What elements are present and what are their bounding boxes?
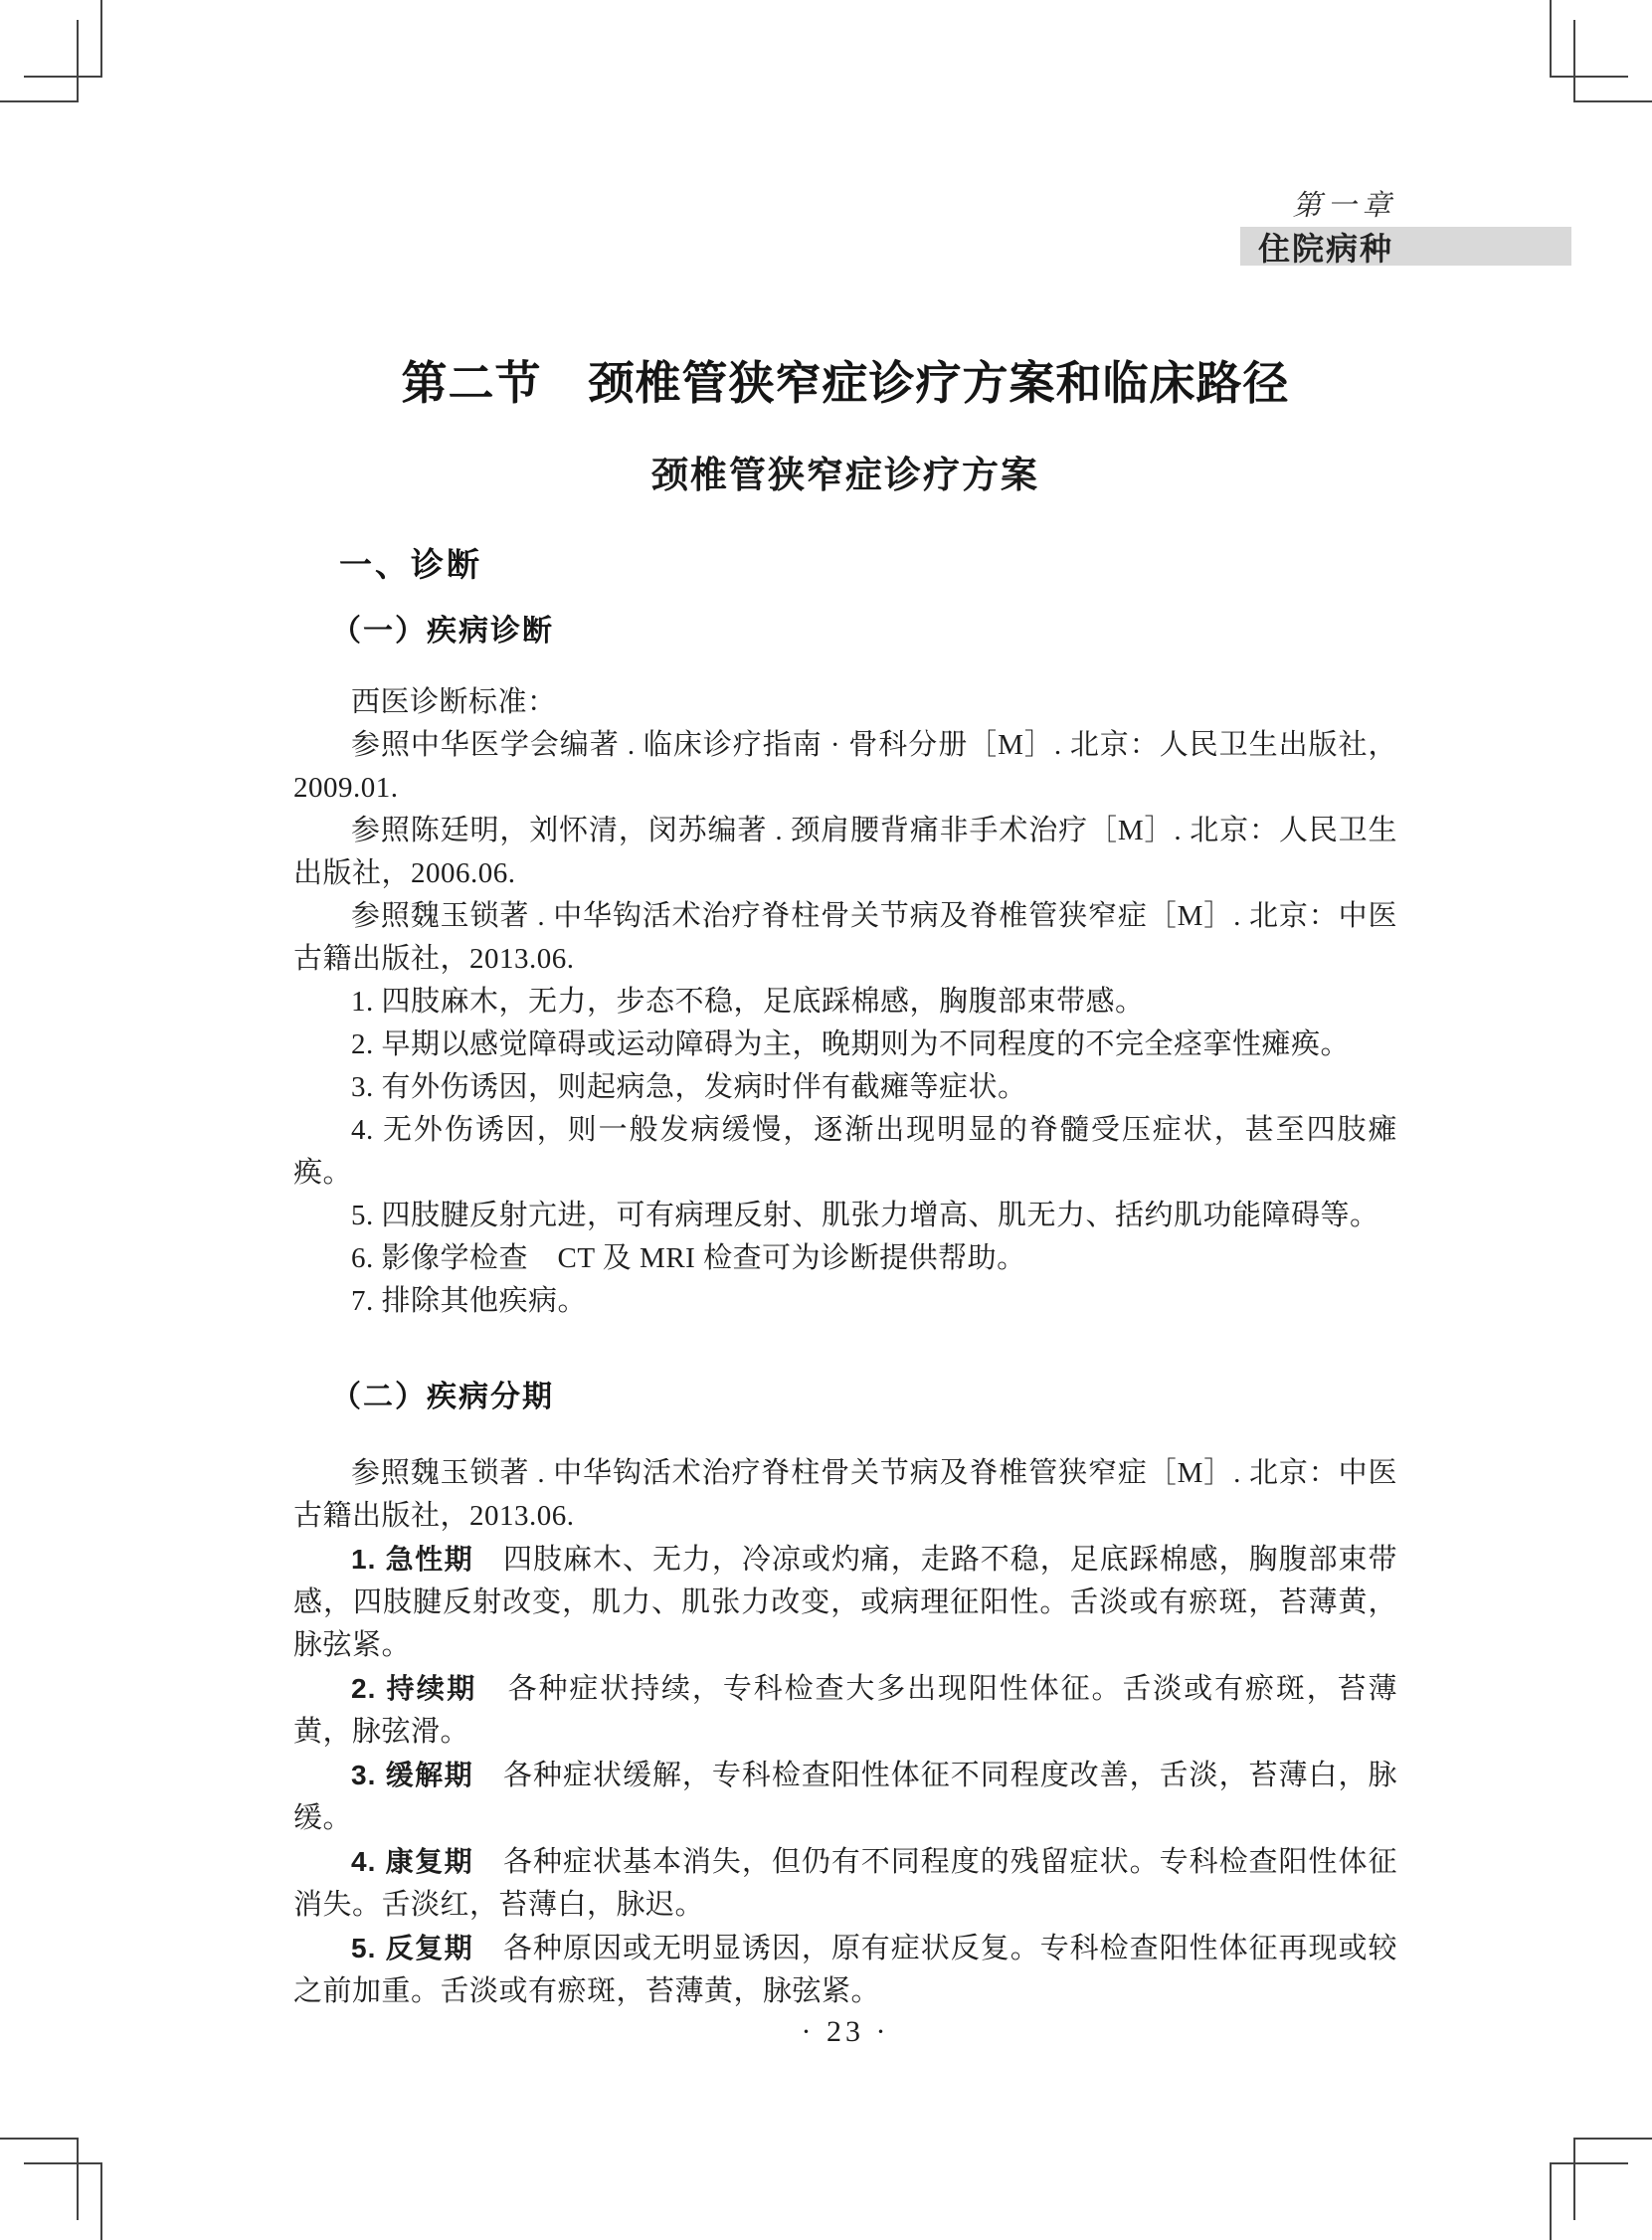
crop-mark-top-left xyxy=(0,100,78,102)
chapter-title: 住院病种 xyxy=(1258,224,1393,270)
paragraph: 3. 有外伤诱因，则起病急，发病时伴有截瘫等症状。 xyxy=(293,1066,1397,1109)
paragraph: 4. 无外伤诱因，则一般发病缓慢，逐渐出现明显的脊髓受压症状，甚至四肢瘫痪。 xyxy=(293,1109,1397,1195)
document-subtitle: 颈椎管狭窄症诊疗方案 xyxy=(293,454,1397,497)
stage-label: 4. 康复期 xyxy=(351,1846,473,1877)
disease-staging-paragraphs: 参照魏玉锁著 . 中华钩活术治疗脊柱骨关节病及脊椎管狭窄症［M］. 北京：中医古… xyxy=(293,1452,1397,2013)
paragraph: 参照魏玉锁著 . 中华钩活术治疗脊柱骨关节病及脊椎管狭窄症［M］. 北京：中医古… xyxy=(293,895,1397,981)
paragraph: 参照陈廷明，刘怀清，闵苏编著 . 颈肩腰背痛非手术治疗［M］. 北京：人民卫生出… xyxy=(293,810,1397,895)
crop-mark-top-left xyxy=(77,20,79,102)
paragraph: 2. 早期以感觉障碍或运动障碍为主，晚期则为不同程度的不完全痉挛性瘫痪。 xyxy=(293,1024,1397,1066)
section-title: 第二节 颈椎管狭窄症诊疗方案和临床路径 xyxy=(293,358,1397,410)
subheading-disease-diagnosis: （一）疾病诊断 xyxy=(331,613,1397,651)
crop-mark-top-left xyxy=(24,76,102,78)
page-content: 一、诊断 （一）疾病诊断 西医诊断标准：参照中华医学会编著 . 临床诊疗指南 ·… xyxy=(293,545,1397,2013)
paragraph: 1. 急性期 四肢麻木、无力，冷凉或灼痛，走路不稳，足底踩棉感，胸腹部束带感，四… xyxy=(293,1538,1397,1667)
stage-label: 5. 反复期 xyxy=(351,1933,473,1963)
paragraph: 参照中华医学会编著 . 临床诊疗指南 · 骨科分册［M］. 北京：人民卫生出版社… xyxy=(293,724,1397,810)
crop-mark-bottom-right xyxy=(1550,2162,1552,2240)
crop-mark-bottom-right xyxy=(1573,2138,1575,2220)
crop-mark-top-right xyxy=(1573,20,1575,102)
paragraph: 6. 影像学检查 CT 及 MRI 检查可为诊断提供帮助。 xyxy=(293,1237,1397,1280)
crop-mark-bottom-left xyxy=(24,2162,102,2164)
crop-mark-bottom-right xyxy=(1574,2138,1652,2140)
paragraph: 3. 缓解期 各种症状缓解，专科检查阳性体征不同程度改善，舌淡，苔薄白，脉缓。 xyxy=(293,1754,1397,1840)
stage-label: 3. 缓解期 xyxy=(351,1760,473,1790)
crop-mark-top-right xyxy=(1574,100,1652,102)
crop-mark-bottom-left xyxy=(100,2162,102,2240)
chapter-label: 第一章 xyxy=(1285,183,1404,224)
paragraph: 5. 反复期 各种原因或无明显诱因，原有症状反复。专科检查阳性体征再现或较之前加… xyxy=(293,1927,1397,2013)
stage-label: 1. 急性期 xyxy=(351,1544,473,1575)
paragraph: 1. 四肢麻木，无力，步态不稳，足底踩棉感，胸腹部束带感。 xyxy=(293,981,1397,1024)
crop-mark-bottom-left xyxy=(77,2138,79,2220)
paragraph: 5. 四肢腱反射亢进，可有病理反射、肌张力增高、肌无力、括约肌功能障碍等。 xyxy=(293,1195,1397,1237)
crop-mark-top-left xyxy=(100,0,102,78)
paragraph: 7. 排除其他疾病。 xyxy=(293,1280,1397,1323)
disease-diagnosis-paragraphs: 西医诊断标准：参照中华医学会编著 . 临床诊疗指南 · 骨科分册［M］. 北京：… xyxy=(293,681,1397,1323)
crop-mark-bottom-right xyxy=(1550,2162,1628,2164)
paragraph: 4. 康复期 各种症状基本消失，但仍有不同程度的残留症状。专科检查阳性体征消失。… xyxy=(293,1840,1397,1927)
heading-diagnosis: 一、诊断 xyxy=(339,545,1397,585)
chapter-title-bar: 住院病种 xyxy=(1240,227,1571,266)
crop-mark-top-right xyxy=(1550,76,1628,78)
page-number: · 23 · xyxy=(293,2015,1397,2049)
crop-mark-top-right xyxy=(1550,0,1552,78)
paragraph: 参照魏玉锁著 . 中华钩活术治疗脊柱骨关节病及脊椎管狭窄症［M］. 北京：中医古… xyxy=(293,1452,1397,1538)
subheading-disease-staging: （二）疾病分期 xyxy=(331,1379,1397,1416)
paragraph: 2. 持续期 各种症状持续，专科检查大多出现阳性体征。舌淡或有瘀斑，苔薄黄，脉弦… xyxy=(293,1667,1397,1754)
paragraph: 西医诊断标准： xyxy=(293,681,1397,724)
crop-mark-bottom-left xyxy=(0,2138,78,2140)
stage-label: 2. 持续期 xyxy=(351,1673,477,1704)
document-page: 第一章 住院病种 第二节 颈椎管狭窄症诊疗方案和临床路径 颈椎管狭窄症诊疗方案 … xyxy=(0,0,1652,2240)
